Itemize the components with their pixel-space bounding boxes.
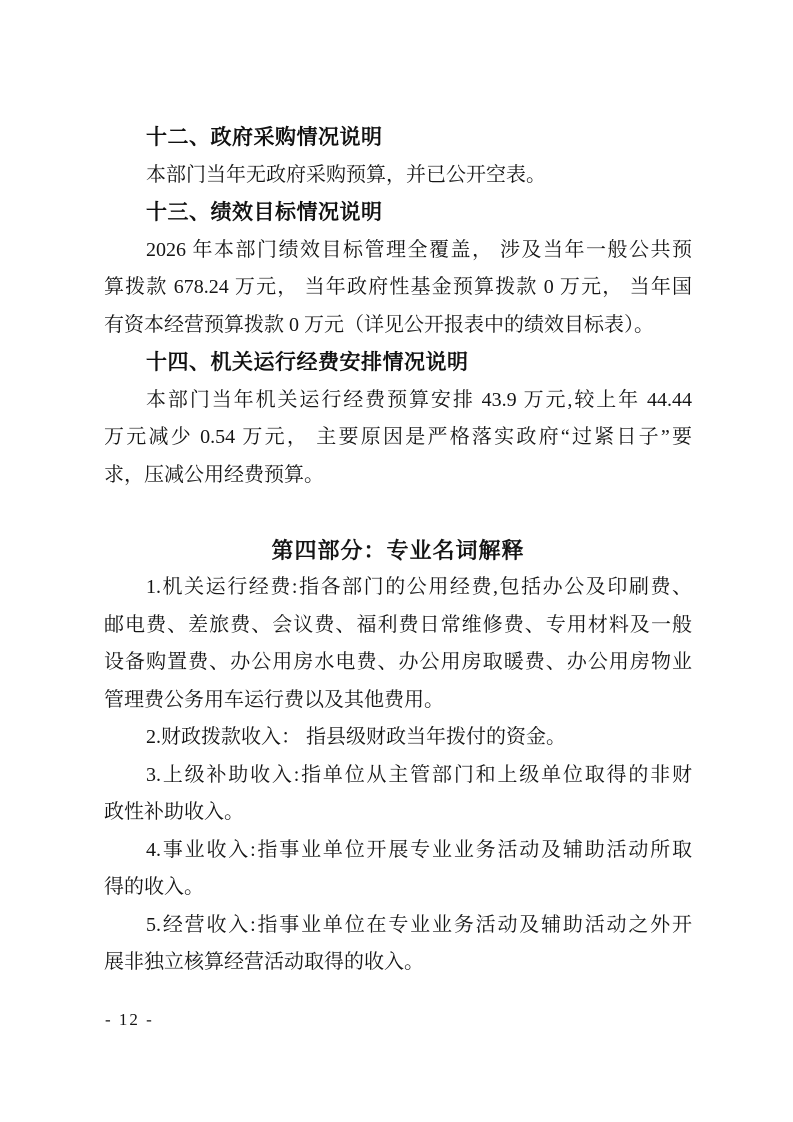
term-2-line: 2.财政拨款收入： 指县级财政当年拨付的资金。 xyxy=(104,719,692,757)
term-4-line: 得的收入。 xyxy=(104,869,692,907)
term-1-line: 邮电费、差旅费、会议费、福利费日常维修费、专用材料及一般 xyxy=(104,607,692,645)
document-body: 十二、政府采购情况说明 本部门当年无政府采购预算，并已公开空表。 十三、绩效目标… xyxy=(104,119,692,982)
term-3-line: 3.上级补助收入:指单位从主管部门和上级单位取得的非财 xyxy=(104,757,692,795)
section-13-paragraph-line: 算拨款 678.24 万元， 当年政府性基金预算拨款 0 万元， 当年国 xyxy=(104,269,692,307)
section-12-heading: 十二、政府采购情况说明 xyxy=(104,119,692,157)
document-page: 十二、政府采购情况说明 本部门当年无政府采购预算，并已公开空表。 十三、绩效目标… xyxy=(0,0,793,1122)
term-4-line: 4.事业收入:指事业单位开展专业业务活动及辅助活动所取 xyxy=(104,832,692,870)
term-3-line: 政性补助收入。 xyxy=(104,794,692,832)
section-13-paragraph-line: 2026 年本部门绩效目标管理全覆盖， 涉及当年一般公共预 xyxy=(104,232,692,270)
section-14-paragraph-line: 求，压减公用经费预算。 xyxy=(104,457,692,495)
page-number: - 12 - xyxy=(105,1008,154,1032)
term-1-line: 管理费公务用车运行费以及其他费用。 xyxy=(104,682,692,720)
section-13-heading: 十三、绩效目标情况说明 xyxy=(104,194,692,232)
section-14-paragraph-line: 万元减少 0.54 万元， 主要原因是严格落实政府“过紧日子”要 xyxy=(104,419,692,457)
section-14-paragraph-line: 本部门当年机关运行经费预算安排 43.9 万元,较上年 44.44 xyxy=(104,382,692,420)
term-5-line: 展非独立核算经营活动取得的收入。 xyxy=(104,944,692,982)
section-13-paragraph-line: 有资本经营预算拨款 0 万元（详见公开报表中的绩效目标表）。 xyxy=(104,307,692,345)
section-12-paragraph-line: 本部门当年无政府采购预算，并已公开空表。 xyxy=(104,157,692,195)
term-5-line: 5.经营收入:指事业单位在专业业务活动及辅助活动之外开 xyxy=(104,907,692,945)
blank-line xyxy=(104,494,692,532)
term-1-line: 设备购置费、办公用房水电费、办公用房取暖费、办公用房物业 xyxy=(104,644,692,682)
part-4-heading: 第四部分：专业名词解释 xyxy=(104,532,692,570)
term-1-line: 1.机关运行经费:指各部门的公用经费,包括办公及印刷费、 xyxy=(104,569,692,607)
section-14-heading: 十四、机关运行经费安排情况说明 xyxy=(104,344,692,382)
